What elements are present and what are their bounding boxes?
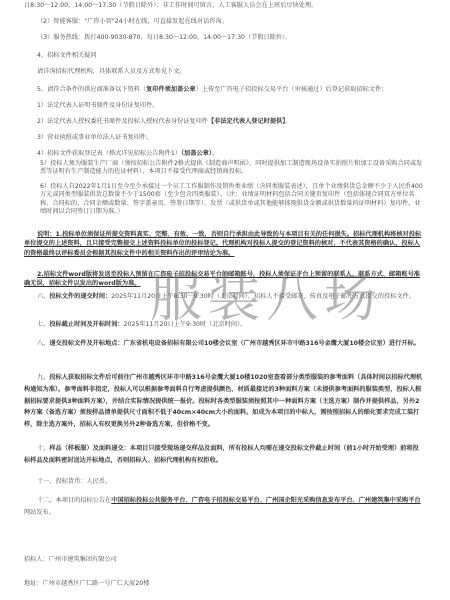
list-item: 1）法定代表人证明书原件及身份证复印件。 — [37, 102, 159, 111]
paragraph-item-5: 5）投标人须为服装生产厂商（须按招标公告附件2格式提供《制造商声明函》，同时提供… — [40, 160, 425, 177]
section-text: 本项目的招标公告在 — [56, 497, 112, 504]
section-text: 2025年11月20日上午8:30－9:30时（北京时间），招标人不接受邮寄、传… — [111, 293, 415, 300]
note-paragraph-2: 2.招标文件word版将发送至投标人预留在广咨电子招投标交易平台的邮箱账号，投标… — [24, 270, 424, 289]
list-item: 4）招标文件获取登记表（格式详见招标公告附件1）（加盖公章）。 — [37, 150, 218, 159]
section-number: 八、 — [37, 340, 49, 347]
platform-links[interactable]: 中国招标投标公共服务平台、广咨电子招投标交易平台、广州国企阳光采购信息发布平台、… — [111, 497, 420, 504]
text-line: 5、请符合条件的供应商准备以下资料（复印件须加盖公章）上传至广咨电子招投标交易平… — [37, 86, 387, 95]
section-text: 投标货币：人民币。 — [56, 478, 112, 485]
section-number: 十、 — [37, 445, 49, 452]
section-text: 2025年11月20日上午9:30时（北京时间）。 — [124, 321, 247, 328]
text-line: 日8:30～12:00，14:00～17:30（节假日除外）；非工作时间可留言，… — [24, 2, 317, 11]
tenderer-name: 招标人：广州市建筑集团有限公司 — [24, 556, 117, 565]
text: 5、请符合条件的供应商准备以下资料（ — [37, 86, 146, 93]
section-number: 十二、 — [37, 497, 56, 504]
list-item: 3）营业执照或事业单位法人证书复印件。 — [37, 134, 152, 143]
section-text: 递交投标文件及开标地点：广东省机电设备招标有限公司10楼会议室（广州市越秀区环市… — [49, 340, 419, 347]
section-text: 投标人获取招标文件后可前往广州市越秀区环市中路316号金鹰大厦10楼1020室查… — [24, 374, 422, 428]
section-12: 十二、本项目的招标公告在中国招标投标公共服务平台、广咨电子招投标交易平台、广州国… — [24, 495, 424, 519]
section-11: 十一、投标货币：人民币。 — [37, 478, 111, 487]
section-label: 投标文件的递交时间： — [49, 293, 111, 300]
section-6: 六、投标文件的递交时间：2025年11月20日上午8:30－9:30时（北京时间… — [24, 292, 424, 303]
section-label: 投标截止时间及开标时间： — [49, 321, 123, 328]
section-7: 七、投标截止时间及开标时间：2025年11月20日上午9:30时（北京时间）。 — [37, 321, 246, 330]
paragraph-item-6: 6）投标人自2022年1月1日至今至少承接过一个员工工作服制作及销售类业绩（含同… — [40, 183, 425, 216]
text: 。 — [212, 150, 218, 157]
text: 4）招标文件获取登记表（格式详见招标公告附件1） — [37, 150, 181, 157]
text-line: （2）智能客服："广咨小智"24小时在线，可直接发起在线对话咨询。 — [37, 18, 228, 27]
section-number: 七、 — [37, 321, 49, 328]
section-8: 八、递交投标文件及开标地点：广东省机电设备招标有限公司10楼会议室（广州市越秀区… — [24, 338, 424, 349]
section-10: 十、样品（样板服）及面料递交：本项目只接受现场递交样品及面料，所有投标人均需在递… — [24, 443, 424, 467]
list-item: 2）法定代表人授权委托书原件及投标人授权代表身份证复印件【非法定代表人登记时提供… — [37, 118, 292, 127]
section-heading: 4、招标文件相关疑问 — [37, 52, 97, 61]
text-line: 请详询招标代理机构，具体联系人员及方式参见下文。 — [37, 68, 186, 77]
section-number: 九、 — [37, 374, 49, 381]
section-text: 网站发布。 — [24, 509, 55, 516]
bold-text: （加盖公章） — [181, 150, 212, 157]
text: 。 — [285, 118, 291, 125]
text-line: （3）服务热线：拨打400-9030-870，每日8:30～12:00，14:0… — [37, 34, 291, 43]
text: 2）法定代表人授权委托书原件及投标人授权代表身份证复印件 — [37, 118, 208, 125]
section-number: 六、 — [37, 293, 49, 300]
text: ）上传至广咨电子招投标交易平台（审核通过）后登记获取招标文件： — [196, 86, 388, 93]
bold-text: 复印件须加盖公章 — [146, 86, 196, 93]
note-paragraph-1: 说明：1.投标单位须保证所提交资料真实、完整、有效、一致，否则自行承担由此导致的… — [24, 230, 424, 258]
section-text: 样品（样板服）及面料递交：本项目只接受现场递交样品及面料，所有投标人均需在递交投… — [24, 445, 419, 464]
document-page: 日8:30～12:00，14:00～17:30（节假日除外）；非工作时间可留言，… — [0, 0, 450, 600]
section-number: 十一、 — [37, 478, 56, 485]
bold-text: 【非法定代表人登记时提供】 — [208, 118, 285, 125]
section-9: 九、投标人获取招标文件后可前往广州市越秀区环市中路316号金鹰大厦10楼1020… — [24, 372, 424, 431]
tenderer-address: 地址：广州市越秀区广仁路一号广仁大厦20楼 — [24, 580, 149, 589]
